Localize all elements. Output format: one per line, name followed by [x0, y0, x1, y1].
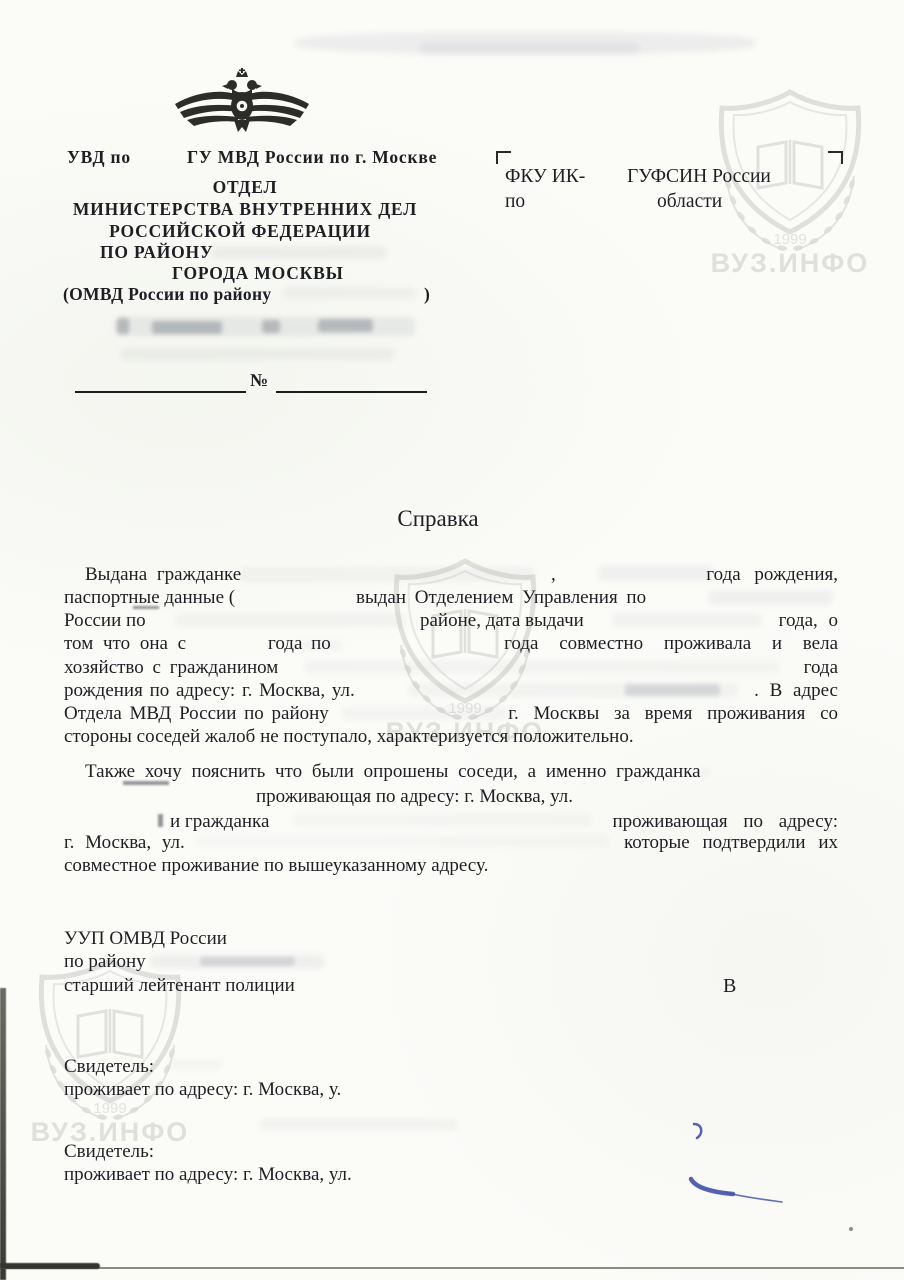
body-text: года по	[268, 634, 331, 655]
redaction-smudge	[212, 246, 387, 259]
mvd-emblem-icon	[172, 68, 312, 148]
scan-edge	[0, 1263, 100, 1269]
body-text: Отдела МВД России по району	[64, 704, 329, 725]
body-text: . В адрес	[754, 681, 838, 702]
redaction-smudge	[262, 320, 280, 333]
body-text: г. Москва, ул.	[64, 833, 185, 854]
redaction-smudge	[282, 287, 417, 299]
body-text: Выдана гражданке	[85, 565, 241, 586]
body-text: года, о	[779, 611, 838, 632]
redaction-smudge	[318, 319, 373, 332]
body-text: Также хочу пояснить что были опрошены со…	[85, 762, 701, 783]
signer-rank: старший лейтенант полиции	[64, 976, 295, 997]
body-text: и гражданка	[170, 812, 269, 833]
pen-mark	[655, 1095, 895, 1225]
letterhead-omvd-short-close: )	[424, 285, 431, 304]
redaction-smudge	[292, 813, 592, 826]
body-text: том что она с	[64, 634, 186, 655]
body-text: проживающая по адресу:	[612, 812, 838, 833]
redaction-smudge	[708, 590, 833, 605]
body-text: совместное проживание по вышеуказанному …	[64, 856, 488, 877]
signer-district: по району	[64, 952, 146, 973]
corner-mark-icon	[828, 151, 843, 164]
witness-address: проживает по адресу: г. Москва, ул.	[64, 1165, 352, 1186]
addressee-po: по	[505, 191, 525, 212]
letterhead-district: ПО РАЙОНУ	[100, 243, 214, 262]
addressee-oblast: области	[657, 191, 722, 212]
letterhead-otdel: ОТДЕЛ	[30, 178, 460, 197]
number-underline	[276, 391, 427, 393]
witness-address: проживает по адресу: г. Москва, у.	[64, 1080, 341, 1101]
scan-edge	[0, 988, 6, 1280]
redaction-smudge	[175, 613, 405, 627]
body-text: которые подтвердили их	[624, 833, 838, 854]
addressee-fku: ФКУ ИК-	[505, 166, 585, 187]
letterhead-gu-mvd: ГУ МВД России по г. Москве	[187, 148, 437, 167]
body-text: стороны соседей жалоб не поступало, хара…	[64, 727, 634, 748]
document-title: Справка	[378, 506, 498, 531]
scan-smudge	[420, 42, 640, 55]
redaction-smudge	[168, 1059, 223, 1070]
letterhead-ministry: МИНИСТЕРСТВА ВНУТРЕННИХ ДЕЛ	[30, 200, 460, 219]
letterhead-city: ГОРОДА МОСКВЫ	[172, 264, 344, 283]
redaction-smudge	[612, 613, 762, 627]
scanned-certificate-page: 1999 ВУЗ.ИНФО	[0, 0, 904, 1280]
body-text: паспортные данные (	[64, 588, 235, 609]
body-text: районе, дата выдачи	[420, 611, 584, 632]
redaction-smudge	[258, 1119, 458, 1130]
body-text: хозяйство с гражданином	[64, 658, 278, 679]
corner-mark-icon	[496, 151, 511, 164]
redaction-smudge	[120, 348, 395, 360]
redaction-smudge	[342, 706, 507, 720]
number-sign: №	[250, 371, 268, 391]
body-text: выдан Отделением Управления по	[356, 588, 646, 609]
body-text: года	[804, 658, 838, 679]
body-text: проживающая по адресу: г. Москва, ул.	[256, 787, 573, 808]
signer-initial: В	[723, 975, 736, 997]
redaction-smudge	[598, 565, 713, 581]
letterhead-uvd: УВД по	[67, 148, 131, 167]
redaction-smudge	[700, 768, 710, 777]
body-text: года совместно проживала и вела	[504, 634, 838, 655]
redaction-smudge	[117, 318, 129, 334]
redaction-smudge	[200, 957, 295, 966]
scan-speck	[849, 1227, 853, 1231]
addressee-gufsin: ГУФСИН России	[627, 166, 771, 187]
signer-org: УУП ОМВД России	[64, 929, 227, 950]
body-text: России по	[64, 611, 146, 632]
body-text: года рождения,	[706, 565, 838, 586]
redaction-smudge	[195, 835, 610, 847]
date-underline	[75, 391, 246, 393]
redaction-smudge	[625, 684, 720, 696]
body-text: ,	[551, 565, 556, 586]
redaction-smudge	[152, 321, 222, 334]
letterhead-federation: РОССИЙСКОЙ ФЕДЕРАЦИИ	[25, 222, 455, 241]
redaction-smudge	[158, 814, 163, 827]
witness-label: Свидетель:	[64, 1057, 154, 1078]
redaction-smudge	[305, 660, 780, 674]
redaction-smudge	[240, 567, 535, 582]
body-text: г. Москвы за время проживания со	[508, 704, 838, 725]
body-text: рождения по адресу: г. Москва, ул.	[64, 681, 355, 702]
witness-label: Свидетель:	[64, 1142, 154, 1163]
letterhead-omvd-short: (ОМВД России по району	[63, 285, 271, 304]
scan-edge	[0, 1267, 904, 1269]
